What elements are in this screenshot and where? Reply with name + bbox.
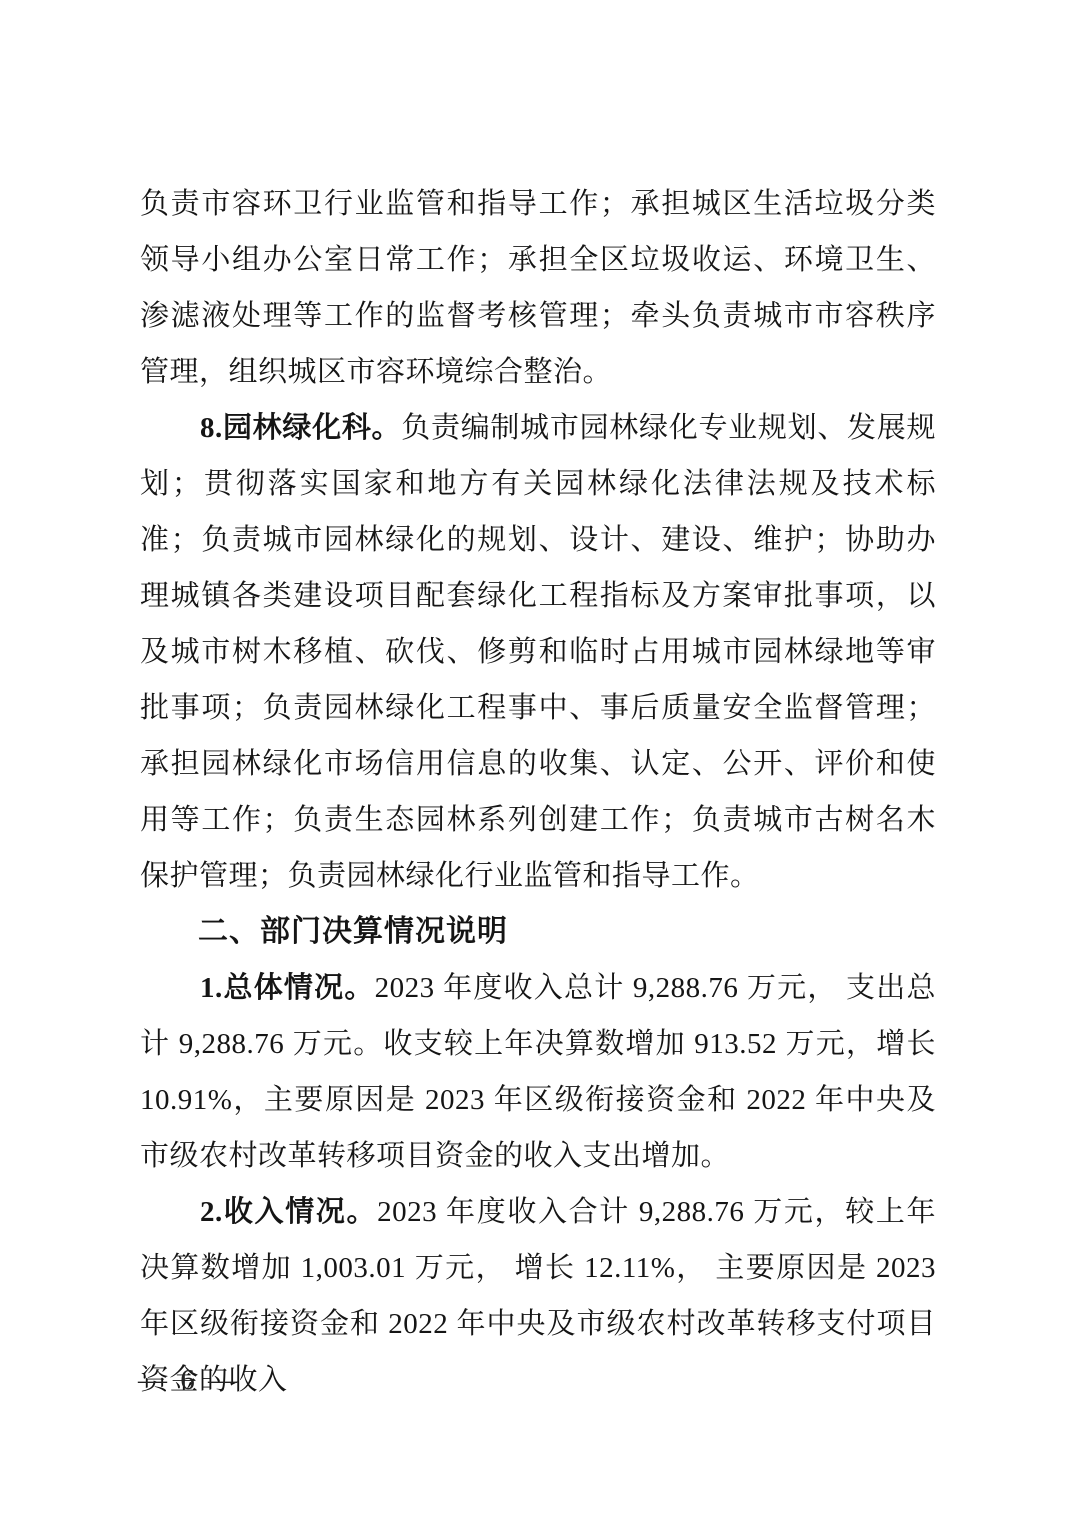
run-in-heading-1: 1.总体情况。 <box>200 972 375 1004</box>
section-heading-final-accounts: 二、部门决算情况说明 <box>140 904 936 960</box>
document-page: { "document": { "paragraphs": [ { "type"… <box>0 0 1074 1520</box>
page-number: — 6 — <box>138 1360 240 1400</box>
run-in-heading-8: 8.园林绿化科。 <box>200 412 401 444</box>
paragraph-text: 负责编制城市园林绿化专业规划、发展规划；贯彻落实国家和地方有关园林绿化法律法规及… <box>140 412 936 892</box>
paragraph-continuation: 负责市容环卫行业监管和指导工作；承担城区生活垃圾分类领导小组办公室日常工作；承担… <box>140 176 936 400</box>
paragraph-income-situation: 2.收入情况。2023 年度收入合计 9,288.76 万元，较上年决算数增加 … <box>140 1184 936 1408</box>
paragraph-landscaping-section: 8.园林绿化科。负责编制城市园林绿化专业规划、发展规划；贯彻落实国家和地方有关园… <box>140 400 936 904</box>
document-body: 负责市容环卫行业监管和指导工作；承担城区生活垃圾分类领导小组办公室日常工作；承担… <box>140 176 936 1408</box>
paragraph-overall-situation: 1.总体情况。2023 年度收入总计 9,288.76 万元， 支出总计 9,2… <box>140 960 936 1184</box>
run-in-heading-2: 2.收入情况。 <box>200 1196 377 1228</box>
